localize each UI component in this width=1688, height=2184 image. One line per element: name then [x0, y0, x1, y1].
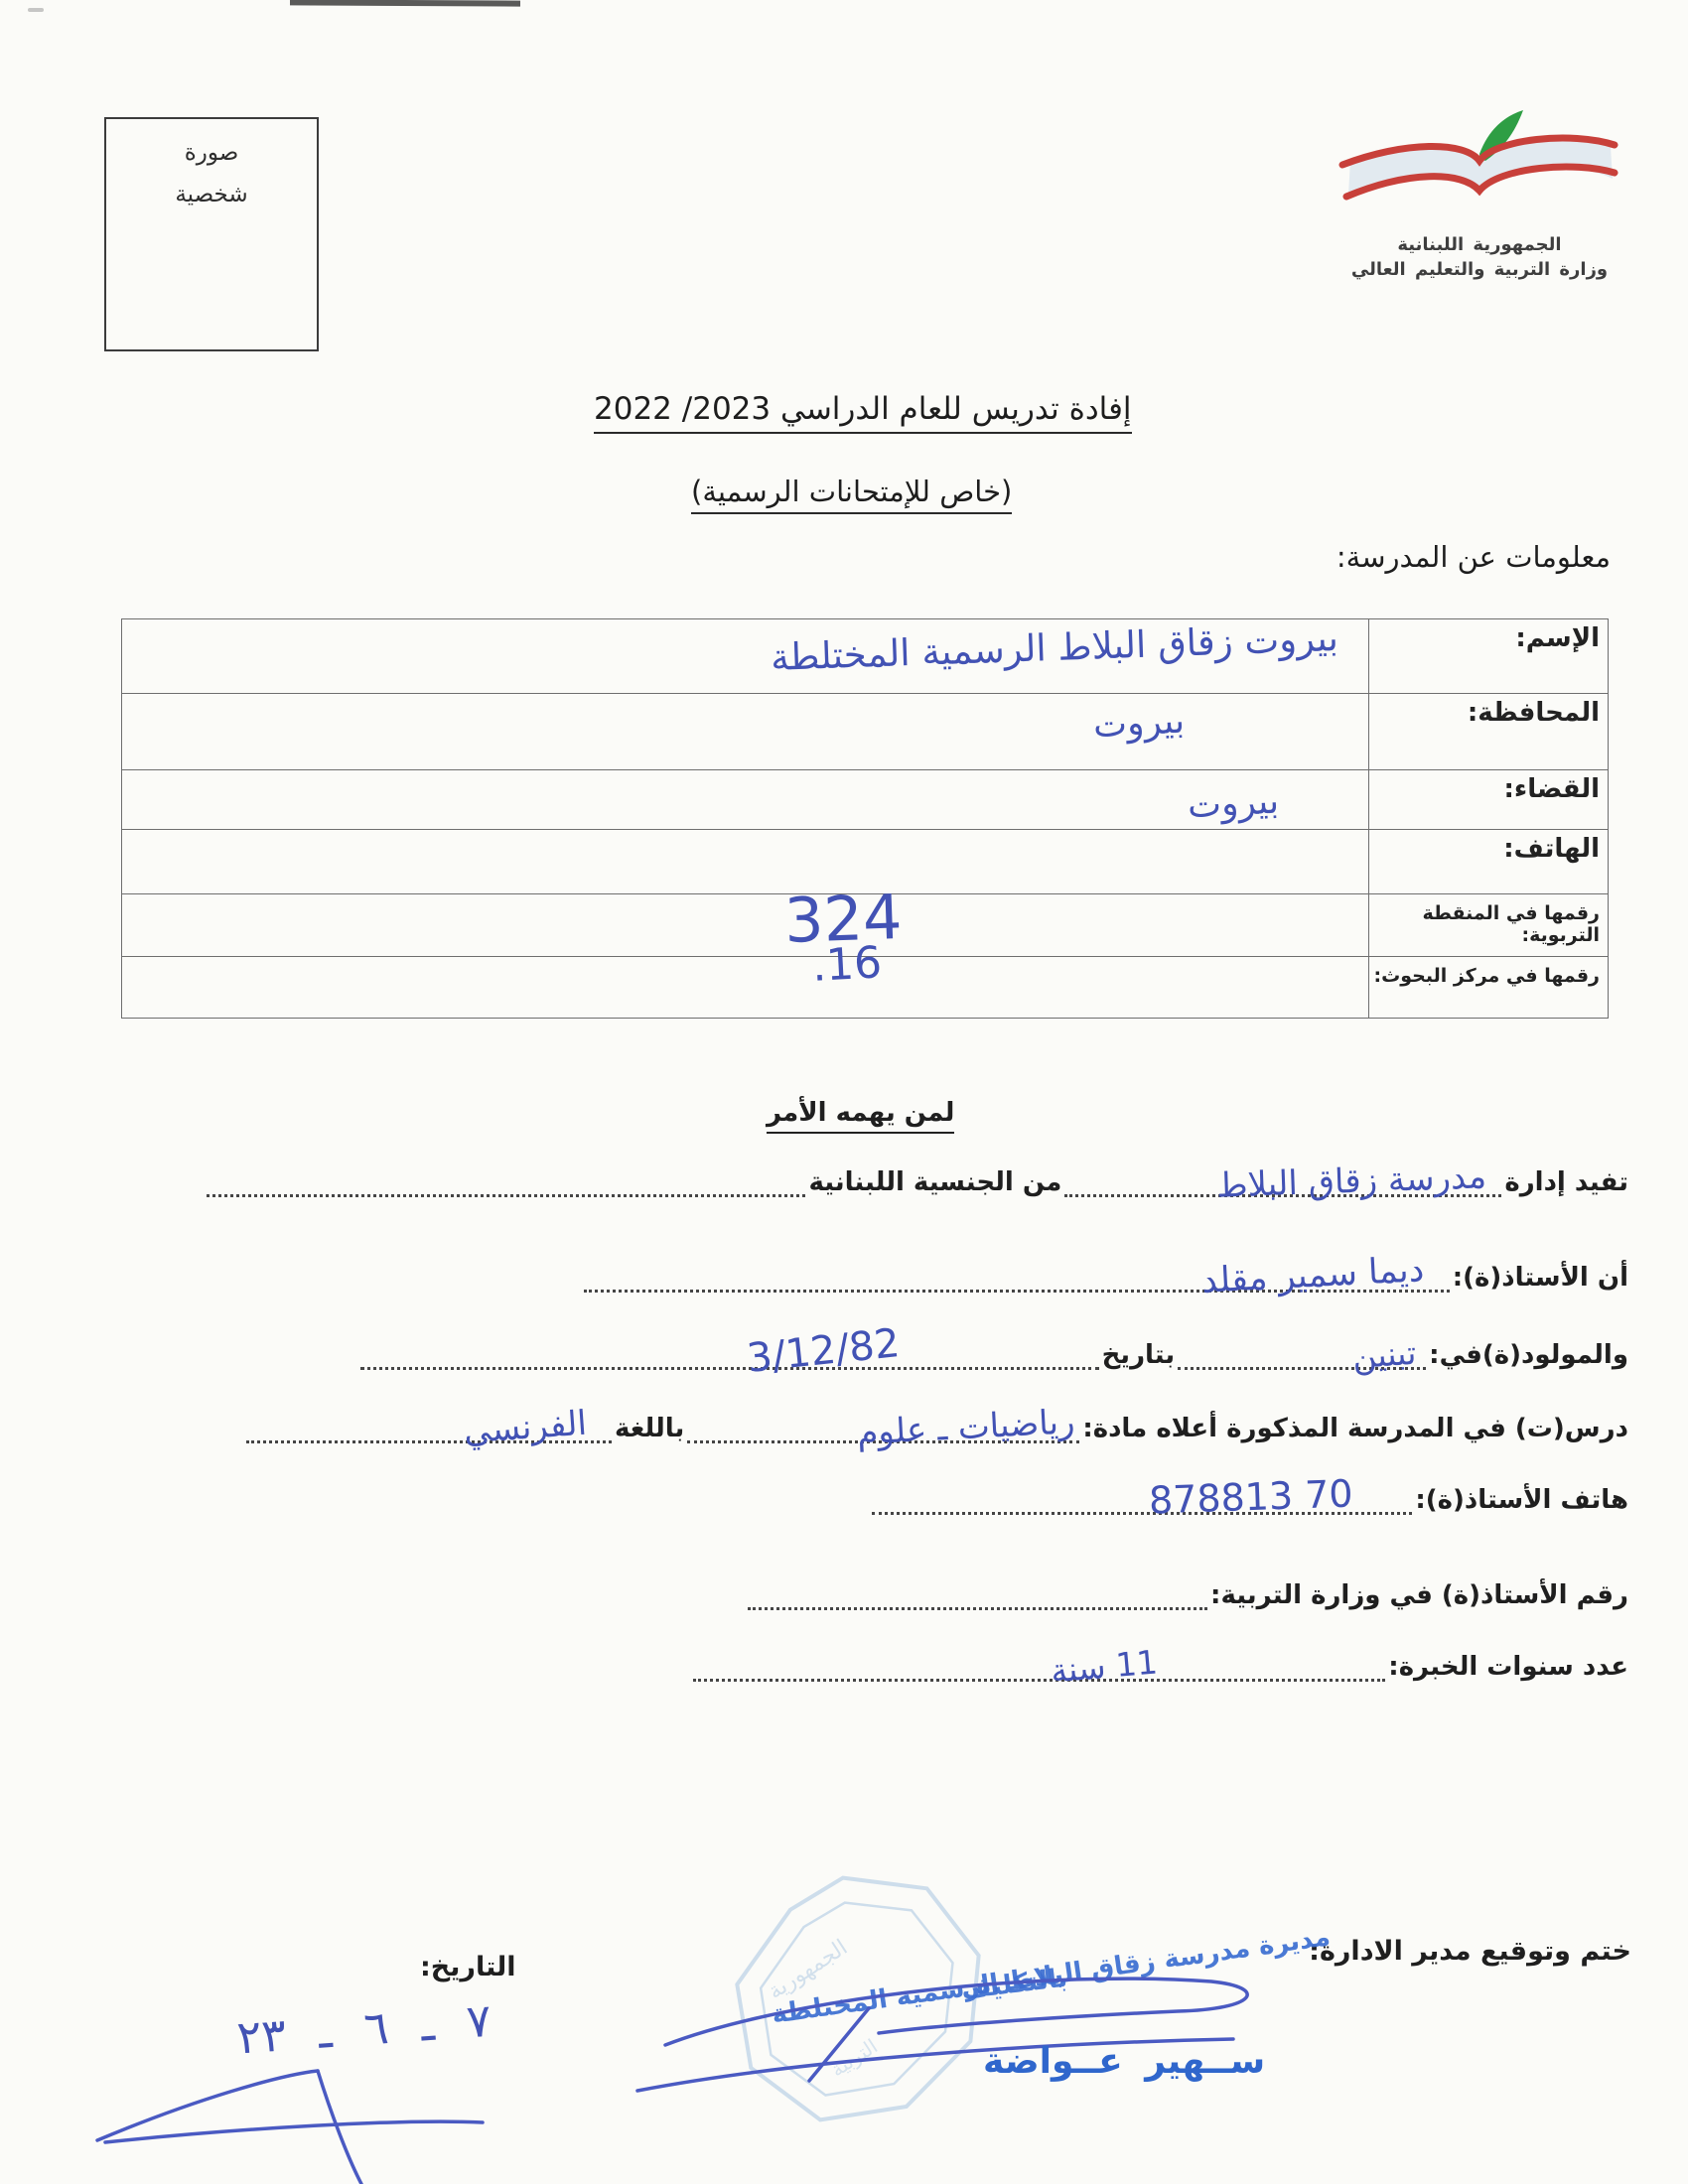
line5-prefix: هاتف الأستاذ(ة): — [1412, 1485, 1631, 1515]
row-label-governorate: المحافظة: — [1369, 694, 1609, 770]
handwritten-teacher-name: ديما سمير مقلد — [1201, 1253, 1426, 1299]
director-name: ســهير عــواضة — [983, 2041, 1265, 2082]
date-label: التاريخ: — [420, 1952, 516, 1982]
dotted-blank — [207, 1184, 805, 1197]
dotted-blank: 70 878813 — [872, 1502, 1412, 1515]
letter-line-phone: هاتف الأستاذ(ة): 70 878813 — [872, 1485, 1631, 1515]
dotted-blank: مدرسة زقاق البلاط — [1064, 1184, 1501, 1197]
handwritten-subject: رياضيات ـ علوم — [856, 1405, 1075, 1449]
handwritten-birthdate: 3/12/82 — [746, 1323, 903, 1379]
row-value-zone-number: 324 — [122, 894, 1369, 957]
line1-prefix: تفيد إدارة — [1501, 1167, 1631, 1197]
table-row: رقمها في مركز البحوث: 16. — [122, 957, 1609, 1019]
line4-middle: باللغة — [612, 1414, 687, 1443]
letter-line-birth: والمولود(ة)في: تبنين بتاريخ 3/12/82 — [360, 1340, 1631, 1370]
photo-label-line2: شخصية — [106, 182, 317, 207]
page-title: إفادة تدريس للعام الدراسي 2023/ 2022 — [594, 391, 1132, 434]
handwritten-teacher-phone: 70 878813 — [1148, 1474, 1353, 1519]
handwritten-school-name: بيروت زقاق البلاط الرسمية المختلطة — [771, 619, 1339, 676]
letter-line-ministry-number: رقم الأستاذ(ة) في وزارة التربية: — [748, 1580, 1631, 1610]
scanned-teaching-certificate: صورة شخصية الجمهورية اللبنانية وزارة الت… — [0, 0, 1688, 2184]
scan-smudge — [290, 0, 520, 7]
school-info-table: الإسم: بيروت زقاق البلاط الرسمية المختلط… — [121, 618, 1609, 1019]
row-label-name: الإسم: — [1369, 619, 1609, 694]
line7-prefix: عدد سنوات الخبرة: — [1385, 1652, 1631, 1682]
letter-heading: لمن يهمه الأمر — [767, 1098, 954, 1134]
row-value-phone — [122, 830, 1369, 894]
line1-suffix: من الجنسية اللبنانية — [805, 1167, 1064, 1197]
dotted-blank: ديما سمير مقلد — [584, 1280, 1450, 1293]
handwritten-governorate: بيروت — [1092, 704, 1186, 745]
letter-line-certify: تفيد إدارة مدرسة زقاق البلاط من الجنسية … — [207, 1167, 1631, 1197]
handwritten-birthplace: تبنين — [1351, 1336, 1417, 1373]
letter-line-subject: درس(ت) في المدرسة المذكورة أعلاه مادة: ر… — [246, 1414, 1631, 1443]
letter-line-teacher-name: أن الأستاذ(ة): ديما سمير مقلد — [584, 1263, 1631, 1293]
logo-org-line2: وزارة التربية والتعليم العالي — [1321, 259, 1638, 280]
row-label-zone-number: رقمها في المنقطة التربوية: — [1369, 894, 1609, 957]
dotted-blank: 11 سنة — [693, 1669, 1385, 1682]
open-book-cedar-icon — [1321, 109, 1638, 228]
handwritten-experience-years: 11 سنة — [1049, 1645, 1158, 1687]
table-row: القضاء: بيروت — [122, 770, 1609, 830]
ministry-logo: الجمهورية اللبنانية وزارة التربية والتعل… — [1321, 109, 1638, 293]
line2-prefix: أن الأستاذ(ة): — [1450, 1263, 1631, 1293]
letter-line-experience: عدد سنوات الخبرة: 11 سنة — [693, 1652, 1631, 1682]
handwritten-language: الفرنسي — [463, 1407, 588, 1449]
table-row: المحافظة: بيروت — [122, 694, 1609, 770]
photo-label-line1: صورة — [106, 139, 317, 168]
dotted-blank: رياضيات ـ علوم — [687, 1431, 1079, 1443]
dotted-blank: الفرنسي — [246, 1431, 612, 1443]
dotted-blank: 3/12/82 — [360, 1357, 1099, 1370]
photo-placeholder-box: صورة شخصية — [104, 117, 319, 351]
handwritten-district: بيروت — [1187, 784, 1280, 825]
line3-prefix: والمولود(ة)في: — [1426, 1340, 1631, 1370]
page-subtitle: (خاص للإمتحانات الرسمية) — [691, 475, 1012, 514]
date-flourish — [77, 2063, 504, 2184]
stamp-signature-label: ختم وتوقيع مدير الادارة: — [1309, 1936, 1631, 1967]
scan-speck — [28, 8, 44, 12]
row-label-district: القضاء: — [1369, 770, 1609, 830]
row-value-name: بيروت زقاق البلاط الرسمية المختلطة — [122, 619, 1369, 694]
row-label-research-number: رقمها في مركز البحوث: — [1369, 957, 1609, 1019]
handwritten-school-admin: مدرسة زقاق البلاط — [1216, 1160, 1487, 1202]
handwritten-research-number: 16. — [811, 941, 883, 989]
table-row: الإسم: بيروت زقاق البلاط الرسمية المختلط… — [122, 619, 1609, 694]
dotted-blank — [748, 1597, 1207, 1610]
logo-org-line1: الجمهورية اللبنانية — [1321, 234, 1638, 255]
row-value-research-number: 16. — [122, 957, 1369, 1019]
line4-prefix: درس(ت) في المدرسة المذكورة أعلاه مادة: — [1079, 1414, 1631, 1443]
row-value-governorate: بيروت — [122, 694, 1369, 770]
row-label-phone: الهاتف: — [1369, 830, 1609, 894]
school-info-heading: معلومات عن المدرسة: — [1336, 540, 1611, 574]
dotted-blank: تبنين — [1178, 1357, 1426, 1370]
line6-prefix: رقم الأستاذ(ة) في وزارة التربية: — [1207, 1580, 1631, 1610]
row-value-district: بيروت — [122, 770, 1369, 830]
line3-middle: بتاريخ — [1099, 1340, 1179, 1370]
